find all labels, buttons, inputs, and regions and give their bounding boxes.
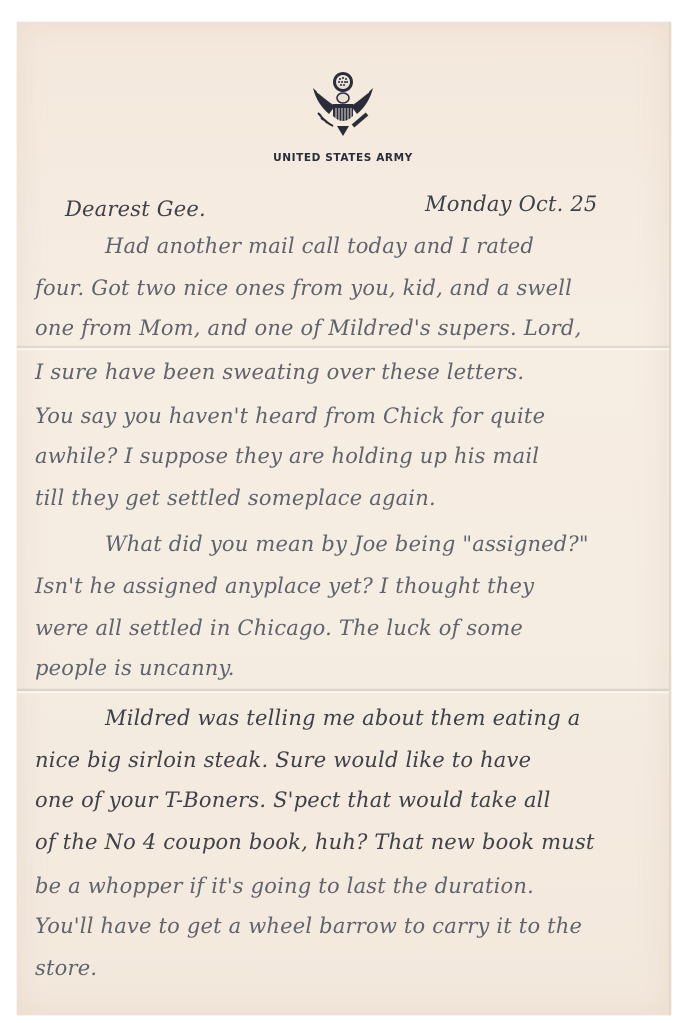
letter-line: one from Mom, and one of Mildred's super… <box>35 316 581 340</box>
fold-crease <box>17 688 669 694</box>
letter-page: UNITED STATES ARMY Dearest Gee. Monday O… <box>17 22 671 1015</box>
letterhead: UNITED STATES ARMY <box>17 70 669 164</box>
letter-date: Monday Oct. 25 <box>425 192 597 216</box>
organization-name: UNITED STATES ARMY <box>17 152 669 164</box>
letter-line: nice big sirloin steak. Sure would like … <box>35 748 531 772</box>
letter-line: You say you haven't heard from Chick for… <box>35 404 545 428</box>
letter-line: store. <box>35 956 97 980</box>
letter-line: one of your T-Boners. S'pect that would … <box>35 788 551 812</box>
letter-line: Isn't he assigned anyplace yet? I though… <box>35 574 534 598</box>
letter-line: till they get settled someplace again. <box>35 486 436 510</box>
letter-line: You'll have to get a wheel barrow to car… <box>35 914 582 938</box>
letter-line: Mildred was telling me about them eating… <box>105 706 580 730</box>
letter-line: awhile? I suppose they are holding up hi… <box>35 444 539 468</box>
letter-line: I sure have been sweating over these let… <box>35 360 524 384</box>
letter-line: people is uncanny. <box>35 656 235 680</box>
fold-crease <box>17 345 669 351</box>
letter-line: were all settled in Chicago. The luck of… <box>35 616 523 640</box>
letter-line: Had another mail call today and I rated <box>105 234 534 258</box>
letter-line: be a whopper if it's going to last the d… <box>35 874 534 898</box>
letter-line: four. Got two nice ones from you, kid, a… <box>35 276 572 300</box>
letter-line: What did you mean by Joe being "assigned… <box>105 532 589 556</box>
great-seal-eagle-icon <box>307 70 379 138</box>
salutation: Dearest Gee. <box>65 197 206 221</box>
letter-line: of the No 4 coupon book, huh? That new b… <box>35 830 595 854</box>
